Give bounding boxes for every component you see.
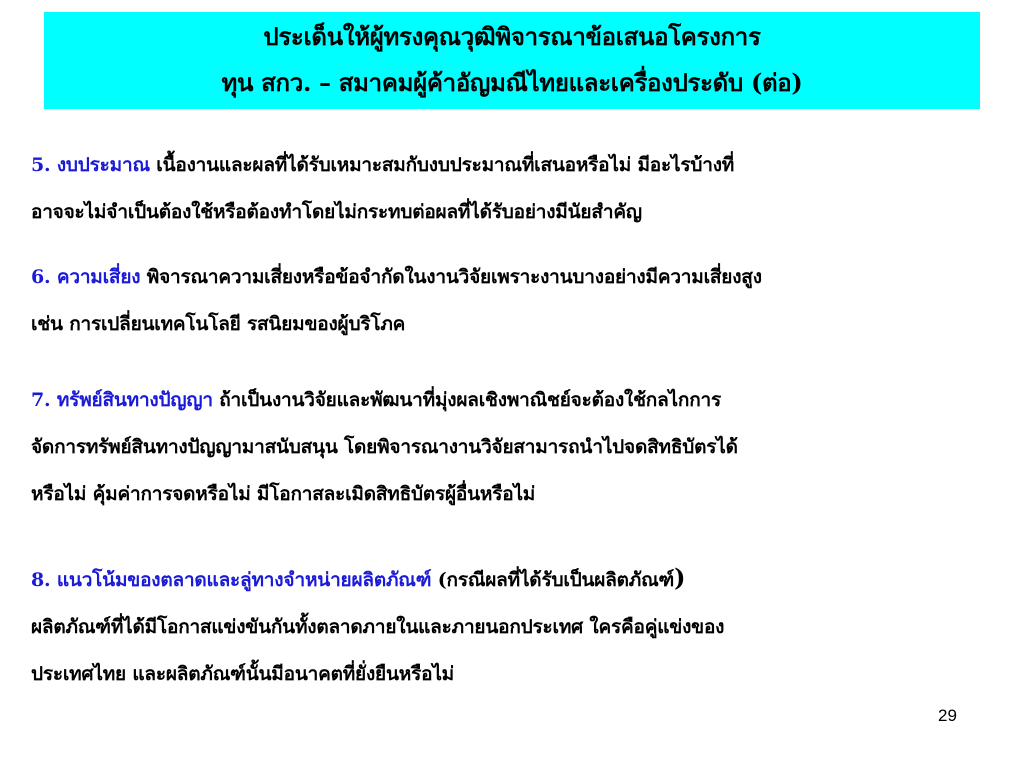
slide-title-line-2: ทุน สกว. – สมาคมผู้ค้าอัญมณีไทยและเครื่อ… (44, 60, 980, 106)
item-text-close-paren: ) (674, 563, 685, 592)
item-number: 7. (31, 389, 50, 411)
item-line-2: ผลิตภัณฑ์ที่ได้มีโอกาสแข่งขันกันทั้งตลาด… (31, 604, 1006, 651)
item-number: 6. (31, 266, 50, 288)
item-label: ทรัพย์สินทางปัญญา (57, 389, 213, 411)
item-line-1: 7. ทรัพย์สินทางปัญญา ถ้าเป็นงานวิจัยและพ… (31, 377, 1006, 424)
item-label: ความเสี่ยง (57, 266, 140, 288)
item-line-3: หรือไม่ คุ้มค่าการจดหรือไม่ มีโอกาสละเมิ… (31, 471, 1006, 518)
item-line-2: เช่น การเปลี่ยนเทคโนโลยี รสนิยมของผู้บริ… (31, 301, 1006, 348)
criteria-item-risk: 6. ความเสี่ยง พิจารณาความเสี่ยงหรือข้อจำ… (31, 254, 1006, 348)
item-label: งบประมาณ (57, 154, 150, 176)
item-text: ถ้าเป็นงานวิจัยและพัฒนาที่มุ่งผลเชิงพาณิ… (213, 389, 721, 411)
item-line-1: 8. แนวโน้มของตลาดและลู่ทางจำหน่ายผลิตภัณ… (31, 554, 1006, 604)
item-line-1: 6. ความเสี่ยง พิจารณาความเสี่ยงหรือข้อจำ… (31, 254, 1006, 301)
slide-title-box: ประเด็นให้ผู้ทรงคุณวุฒิพิจารณาข้อเสนอโคร… (44, 12, 980, 109)
criteria-item-intellectual-property: 7. ทรัพย์สินทางปัญญา ถ้าเป็นงานวิจัยและพ… (31, 377, 1006, 518)
item-number: 8. (31, 569, 50, 591)
item-text: เนื้องานและผลที่ได้รับเหมาะสมกับงบประมาณ… (150, 154, 734, 176)
criteria-item-budget: 5. งบประมาณ เนื้องานและผลที่ได้รับเหมาะส… (31, 142, 1006, 236)
item-line-2: จัดการทรัพย์สินทางปัญญามาสนับสนุน โดยพิจ… (31, 424, 1006, 471)
slide-title-line-1: ประเด็นให้ผู้ทรงคุณวุฒิพิจารณาข้อเสนอโคร… (44, 14, 980, 60)
item-line-3: ประเทศไทย และผลิตภัณฑ์นั้นมีอนาคตที่ยั่ง… (31, 651, 1006, 698)
item-text: พิจารณาความเสี่ยงหรือข้อจำกัดในงานวิจัยเ… (140, 266, 761, 288)
criteria-item-market-trend: 8. แนวโน้มของตลาดและลู่ทางจำหน่ายผลิตภัณ… (31, 554, 1006, 698)
item-line-1: 5. งบประมาณ เนื้องานและผลที่ได้รับเหมาะส… (31, 142, 1006, 189)
page-number: 29 (938, 706, 957, 726)
item-label: แนวโน้มของตลาดและลู่ทางจำหน่ายผลิตภัณฑ์ (57, 569, 431, 591)
item-line-2: อาจจะไม่จำเป็นต้องใช้หรือต้องทำโดยไม่กระ… (31, 189, 1006, 236)
item-number: 5. (31, 154, 50, 176)
item-text: (กรณีผลที่ได้รับเป็นผลิตภัณฑ์ (431, 569, 674, 591)
